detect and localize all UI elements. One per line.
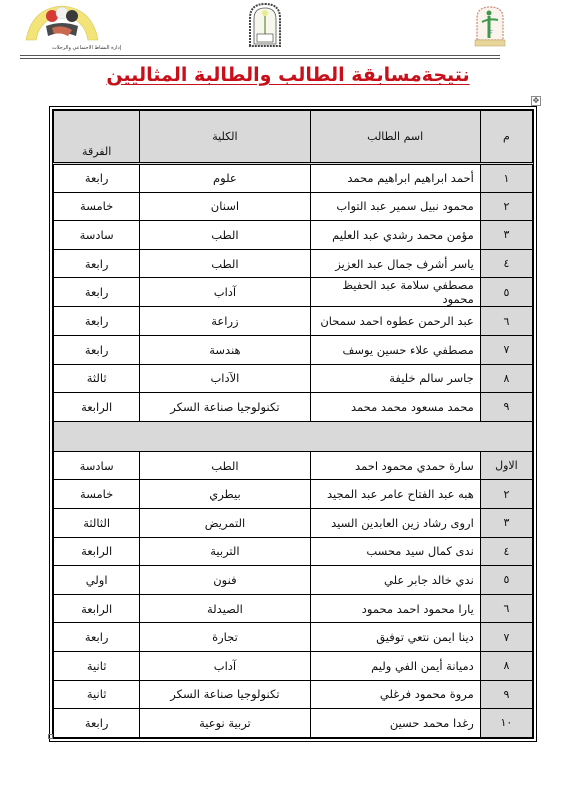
faculty-name: الطب <box>140 249 310 278</box>
grade-level: رابعة <box>54 623 140 652</box>
female-students-section: الاولسارة حمدي محمود احمدالطبسادسة٢هبه ع… <box>54 451 533 737</box>
row-number: الاول <box>480 451 532 480</box>
table-move-handle-icon[interactable]: ✥ <box>531 96 541 106</box>
table-row: ٤ياسر أشرف جمال عبد العزيزالطبرابعة <box>54 249 533 278</box>
student-name: هبه عبد الفتاح عامر عبد المجيد <box>310 480 480 509</box>
faculty-name: الآداب <box>140 364 310 393</box>
table-row: ١أحمد ابراهيم ابراهيم محمدعلومرابعة <box>54 164 533 193</box>
row-number: ٥ <box>480 566 532 595</box>
results-table: م اسم الطالب الكلية الفرقة ١أحمد ابراهيم… <box>49 106 537 742</box>
student-name: ندي خالد جابر علي <box>310 566 480 595</box>
student-name: مصطفي سلامة عبد الحفيظ محمود <box>310 278 480 307</box>
grade-level: الرابعة <box>54 594 140 623</box>
student-name: دميانة أيمن الفي وليم <box>310 651 480 680</box>
social-activities-logo: إدارة النشاط الاجتماعي والرحلات <box>22 2 102 54</box>
student-name: مصطفي علاء حسين يوسف <box>310 335 480 364</box>
grade-level: رابعة <box>54 164 140 193</box>
grade-level: سادسة <box>54 221 140 250</box>
row-number: ٨ <box>480 364 532 393</box>
row-number: ١٠ <box>480 709 532 738</box>
separator-cell <box>54 421 533 451</box>
page-title: نتيجةمسابقة الطالب والطالبة المثاليين <box>0 64 576 86</box>
table-row: ٢هبه عبد الفتاح عامر عبد المجيدبيطريخامس… <box>54 480 533 509</box>
table-row: ٩مروة محمود فرغليتكنولوجيا صناعة السكرثا… <box>54 680 533 709</box>
table-row: ٥مصطفي سلامة عبد الحفيظ محمودآدابرابعة <box>54 278 533 307</box>
row-number: ٦ <box>480 307 532 336</box>
faculty-name: آداب <box>140 651 310 680</box>
grade-level: رابعة <box>54 307 140 336</box>
table-row: ٧مصطفي علاء حسين يوسفهندسةرابعة <box>54 335 533 364</box>
faculty-name: علوم <box>140 164 310 193</box>
faculty-name: بيطري <box>140 480 310 509</box>
faculty-name: تربية نوعية <box>140 709 310 738</box>
column-header-grade: الفرقة <box>54 111 140 164</box>
faculty-emblem-icon: F <box>474 4 506 48</box>
row-number: ٥ <box>480 278 532 307</box>
column-header-faculty: الكلية <box>140 111 310 164</box>
header-divider-top <box>20 55 500 56</box>
student-name: رغدا محمد حسين <box>310 709 480 738</box>
male-students-section: ١أحمد ابراهيم ابراهيم محمدعلومرابعة٢محمو… <box>54 164 533 422</box>
student-name: ياسر أشرف جمال عبد العزيز <box>310 249 480 278</box>
student-name: مروة محمود فرغلي <box>310 680 480 709</box>
grade-level: ثالثة <box>54 364 140 393</box>
grade-level: ثانية <box>54 651 140 680</box>
table-row: ٥ندي خالد جابر عليفنوناولي <box>54 566 533 595</box>
student-name: ندى كمال سيد محسب <box>310 537 480 566</box>
row-number: ٣ <box>480 221 532 250</box>
grade-level: رابعة <box>54 249 140 278</box>
faculty-name: التمريض <box>140 508 310 537</box>
section-separator-row <box>54 421 533 451</box>
handshake-emblem-icon <box>22 2 102 44</box>
grade-level: الرابعة <box>54 393 140 422</box>
logo-caption: إدارة النشاط الاجتماعي والرحلات <box>52 45 121 51</box>
table-row: ٨جاسر سالم خليفةالآدابثالثة <box>54 364 533 393</box>
student-name: أحمد ابراهيم ابراهيم محمد <box>310 164 480 193</box>
row-number: ٢ <box>480 480 532 509</box>
faculty-name: فنون <box>140 566 310 595</box>
faculty-name: تكنولوجيا صناعة السكر <box>140 393 310 422</box>
faculty-name: التربية <box>140 537 310 566</box>
faculty-name: آداب <box>140 278 310 307</box>
grade-level: خامسة <box>54 480 140 509</box>
student-name: عبد الرحمن عطوه احمد سمحان <box>310 307 480 336</box>
table-row: ٢محمود نبيل سمير عبد التواباسنانخامسة <box>54 192 533 221</box>
faculty-name: الصيدلة <box>140 594 310 623</box>
grade-level: الثالثة <box>54 508 140 537</box>
faculty-name: تجارة <box>140 623 310 652</box>
university-logo <box>247 2 283 48</box>
faculty-name: اسنان <box>140 192 310 221</box>
faculty-logo: F <box>474 4 506 48</box>
university-emblem-icon <box>247 2 283 48</box>
table-row: ٧دينا ايمن نتعي توفيقتجارةرابعة <box>54 623 533 652</box>
row-number: ٩ <box>480 393 532 422</box>
grade-level: سادسة <box>54 451 140 480</box>
student-name: اروى رشاد زين العابدين السيد <box>310 508 480 537</box>
row-number: ٨ <box>480 651 532 680</box>
student-name: محمد مسعود محمد محمد <box>310 393 480 422</box>
table-row: ٨دميانة أيمن الفي وليمآدابثانية <box>54 651 533 680</box>
grade-level: رابعة <box>54 335 140 364</box>
table-resize-handle[interactable] <box>48 734 53 739</box>
header-divider-bottom <box>20 58 500 59</box>
student-name: سارة حمدي محمود احمد <box>310 451 480 480</box>
row-number: ١ <box>480 164 532 193</box>
faculty-name: زراعة <box>140 307 310 336</box>
table-row: ١٠رغدا محمد حسينتربية نوعيةرابعة <box>54 709 533 738</box>
grade-level: رابعة <box>54 278 140 307</box>
table-row: ٦عبد الرحمن عطوه احمد سمحانزراعةرابعة <box>54 307 533 336</box>
faculty-name: الطب <box>140 451 310 480</box>
student-name: مؤمن محمد رشدي عبد العليم <box>310 221 480 250</box>
grade-level: رابعة <box>54 709 140 738</box>
column-header-name: اسم الطالب <box>310 111 480 164</box>
student-name: جاسر سالم خليفة <box>310 364 480 393</box>
page-header: إدارة النشاط الاجتماعي والرحلات F <box>0 0 576 60</box>
row-number: ٩ <box>480 680 532 709</box>
student-name: دينا ايمن نتعي توفيق <box>310 623 480 652</box>
row-number: ٦ <box>480 594 532 623</box>
grade-level: خامسة <box>54 192 140 221</box>
row-number: ٧ <box>480 623 532 652</box>
table-row: ٤ندى كمال سيد محسبالتربيةالرابعة <box>54 537 533 566</box>
column-header-num: م <box>480 111 532 164</box>
svg-text:F: F <box>488 29 493 38</box>
row-number: ٤ <box>480 249 532 278</box>
table-row: ٣مؤمن محمد رشدي عبد العليمالطبسادسة <box>54 221 533 250</box>
row-number: ٧ <box>480 335 532 364</box>
row-number: ٢ <box>480 192 532 221</box>
faculty-name: هندسة <box>140 335 310 364</box>
table-row: ٩محمد مسعود محمد محمدتكنولوجيا صناعة الس… <box>54 393 533 422</box>
table-row: الاولسارة حمدي محمود احمدالطبسادسة <box>54 451 533 480</box>
grade-level: ثانية <box>54 680 140 709</box>
faculty-name: الطب <box>140 221 310 250</box>
table-header-row: م اسم الطالب الكلية الفرقة <box>54 111 533 164</box>
faculty-name: تكنولوجيا صناعة السكر <box>140 680 310 709</box>
student-name: يارا محمود احمد محمود <box>310 594 480 623</box>
row-number: ٤ <box>480 537 532 566</box>
row-number: ٣ <box>480 508 532 537</box>
student-name: محمود نبيل سمير عبد التواب <box>310 192 480 221</box>
table-row: ٦يارا محمود احمد محمودالصيدلةالرابعة <box>54 594 533 623</box>
grade-level: الرابعة <box>54 537 140 566</box>
grade-level: اولي <box>54 566 140 595</box>
table-row: ٣اروى رشاد زين العابدين السيدالتمريضالثا… <box>54 508 533 537</box>
